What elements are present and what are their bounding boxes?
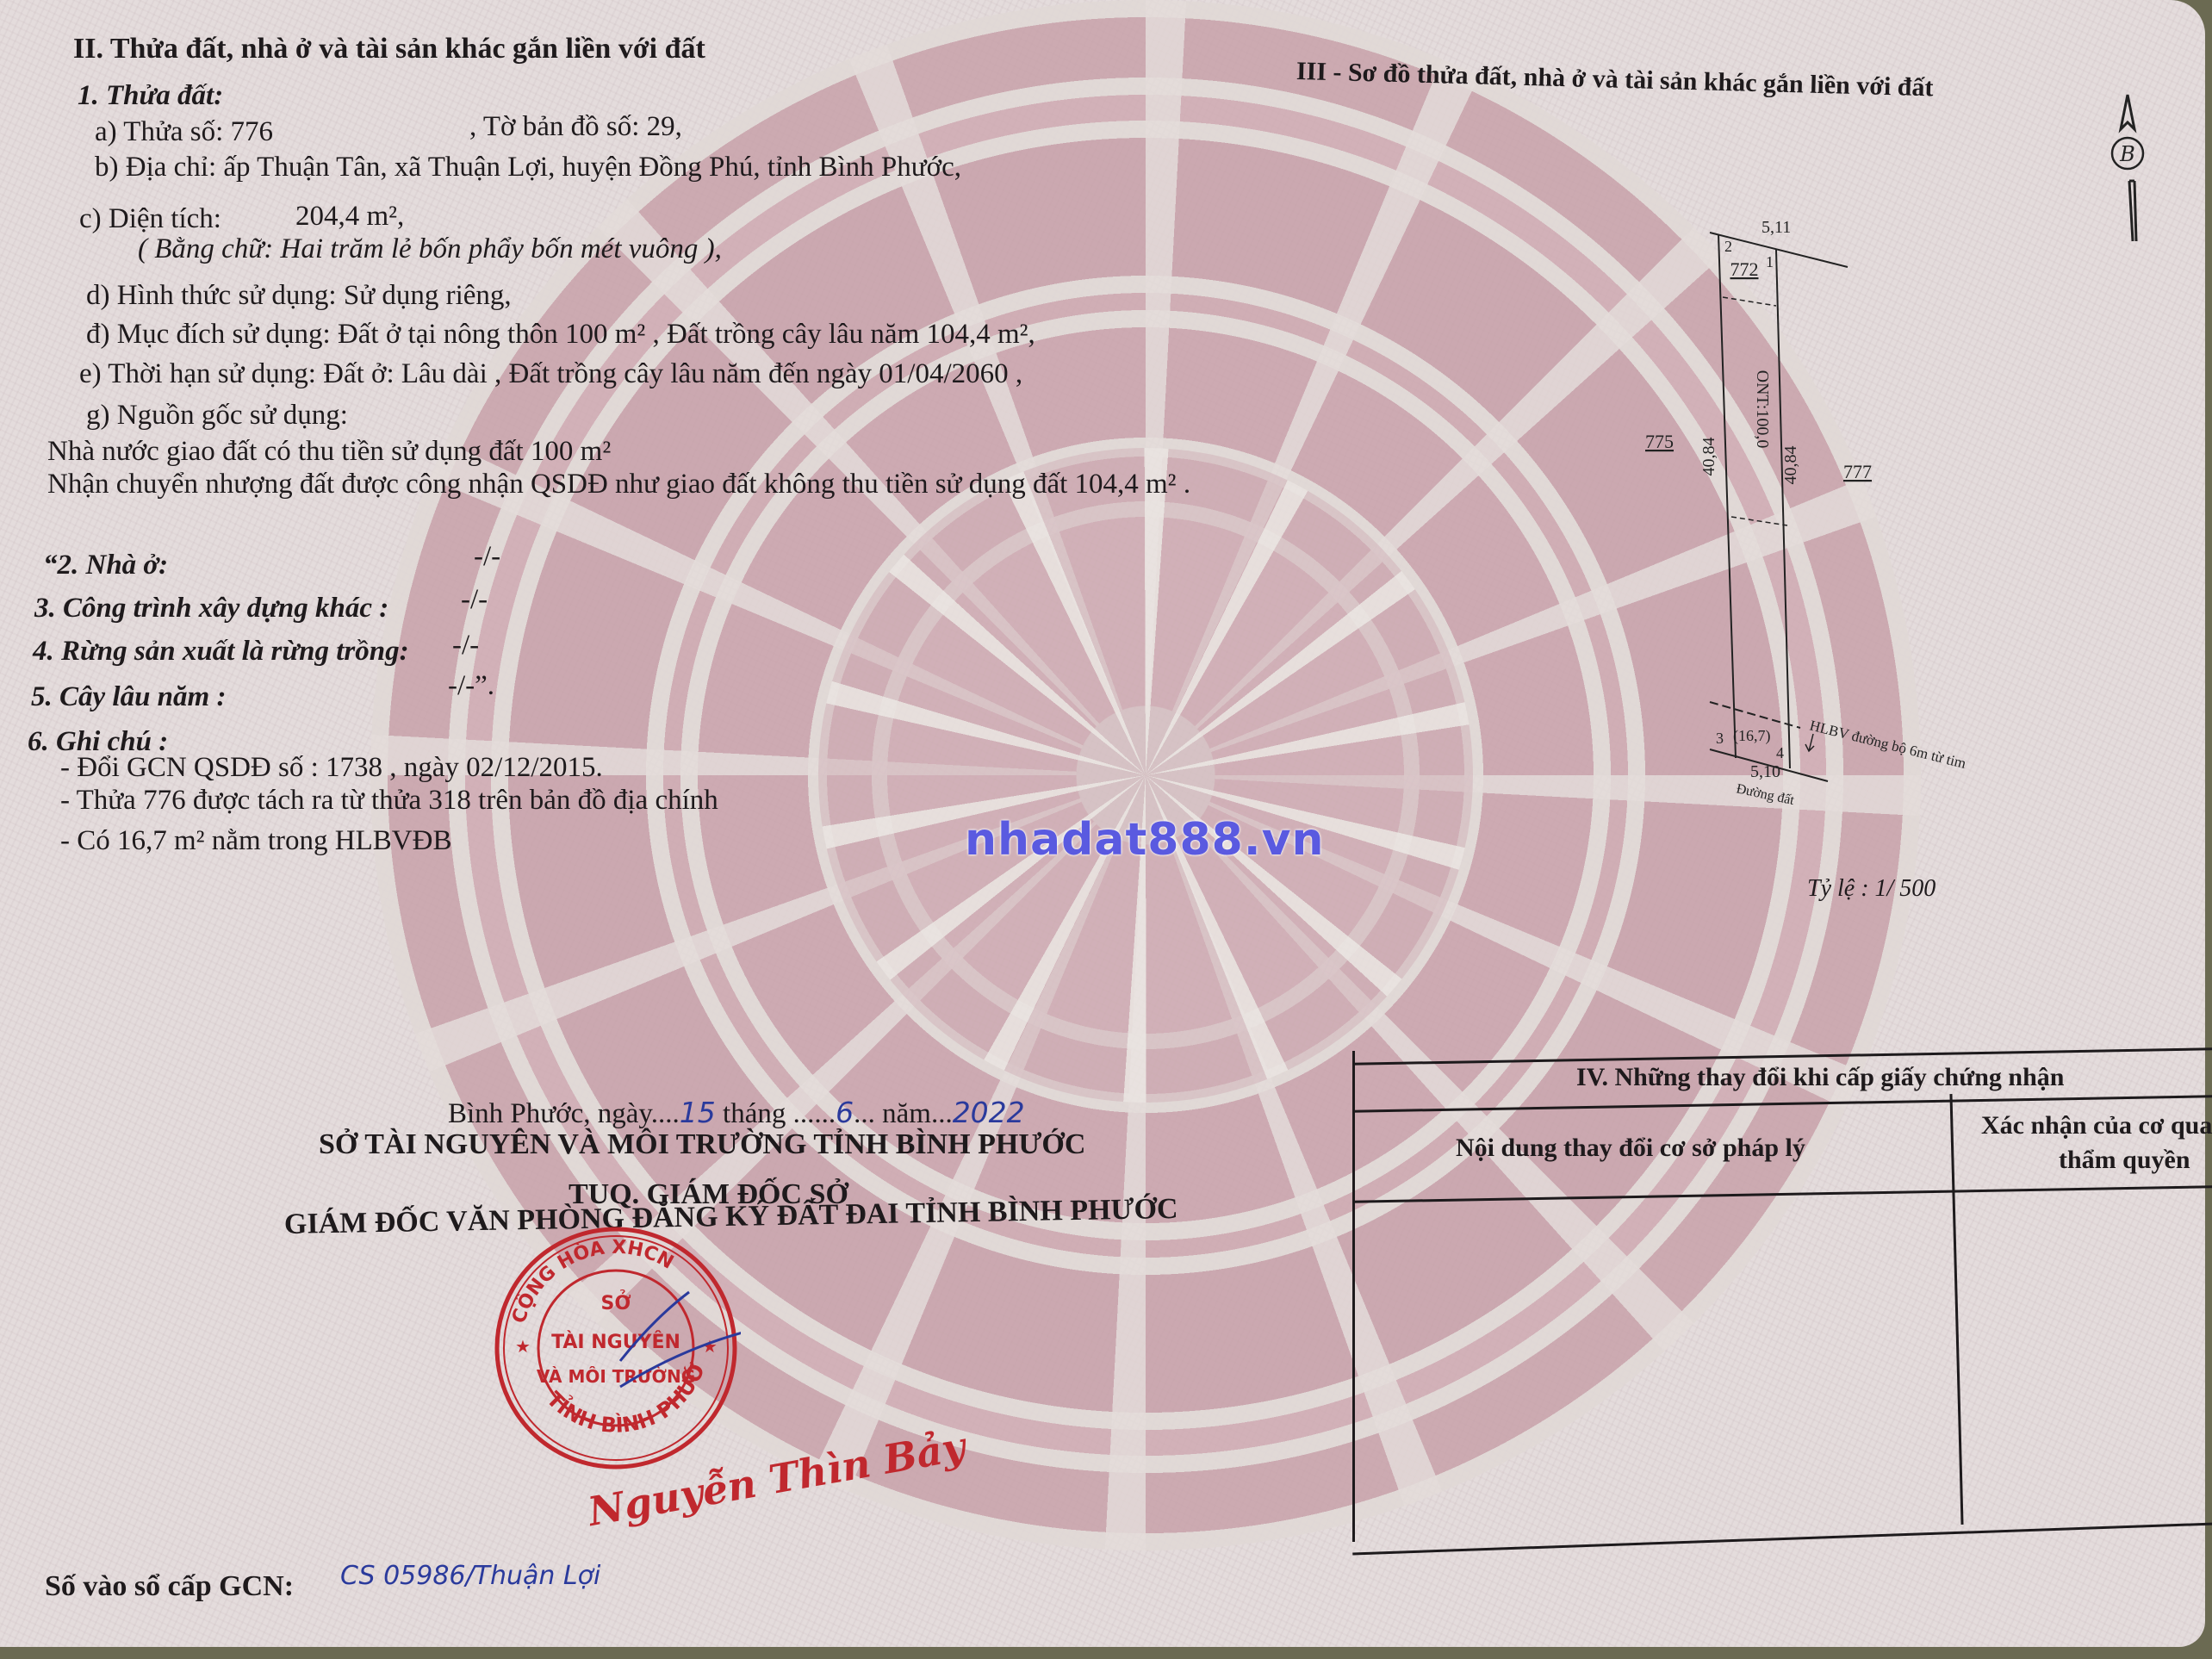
origin-line-1: Nhà nước giao đất có thu tiền sử dụng đấ…	[47, 438, 611, 466]
svg-text:3: 3	[1716, 730, 1724, 747]
svg-text:VÀ MÔI TRƯỜNG: VÀ MÔI TRƯỜNG	[537, 1366, 695, 1387]
section-2-title: II. Thửa đất, nhà ở và tài sản khác gắn …	[73, 34, 705, 64]
svg-text:(16,7): (16,7)	[1733, 727, 1771, 745]
section-4-title: IV. Những thay đổi khi cấp giấy chứng nh…	[1576, 1065, 2064, 1090]
other-construction-label: 3. Công trình xây dựng khác :	[34, 594, 388, 623]
parcel-number: a) Thửa số: 776	[95, 118, 273, 146]
svg-text:HLBV đường bộ 6m từ tim: HLBV đường bộ 6m từ tim	[1808, 717, 1967, 771]
svg-text:CỘNG HÒA XHCN: CỘNG HÒA XHCN	[508, 1237, 677, 1327]
handwritten-day: 15	[680, 1096, 716, 1129]
svg-text:B: B	[2119, 142, 2135, 166]
registry-number: CS 05986/Thuận Lợi	[340, 1563, 600, 1589]
registry-label: Số vào sổ cấp GCN:	[45, 1572, 294, 1601]
origin-label: g) Nguồn gốc sử dụng:	[86, 401, 348, 430]
svg-text:1: 1	[1766, 253, 1774, 270]
svg-text:5,10: 5,10	[1750, 762, 1780, 781]
svg-text:Đường đất: Đường đất	[1735, 781, 1796, 808]
note-line: - Có 16,7 m² nằm trong HLBVĐB	[60, 827, 451, 855]
perennial-trees-value: -/-”.	[448, 672, 494, 700]
handwritten-month: 6	[836, 1096, 854, 1129]
area-value: 204,4 m²,	[295, 202, 404, 231]
origin-line-2: Nhận chuyển nhượng đất được công nhận QS…	[47, 470, 1190, 499]
note-line: - Đổi GCN QSDĐ số : 1738 , ngày 02/12/20…	[60, 754, 603, 782]
usage-form: d) Hình thức sử dụng: Sử dụng riêng,	[86, 282, 512, 310]
map-scale: Tỷ lệ : 1/ 500	[1807, 877, 1935, 901]
parcel-diagram: 772 5,11 2 1 775 777 40,84 40,84 ONT:100…	[1550, 155, 2067, 810]
area-in-words: ( Bằng chữ: Hai trăm lẻ bốn phẩy bốn mét…	[138, 235, 722, 264]
issuing-agency: SỞ TÀI NGUYÊN VÀ MÔI TRƯỜNG TỈNH BÌNH PH…	[319, 1130, 1085, 1159]
other-construction-value: -/-	[461, 586, 488, 614]
handwritten-year: 2022	[953, 1096, 1025, 1129]
column-header-authority: thẩm quyền	[2059, 1147, 2190, 1173]
usage-purpose: đ) Mục đích sử dụng: Đất ở tại nông thôn…	[86, 320, 1035, 349]
svg-text:2: 2	[1724, 238, 1732, 255]
house-label: “2. Nhà ở:	[43, 551, 168, 580]
svg-text:777: 777	[1843, 461, 1872, 482]
svg-text:775: 775	[1645, 431, 1674, 452]
usage-term: e) Thời hạn sử dụng: Đất ở: Lâu dài , Đấ…	[79, 360, 1022, 388]
land-heading: 1. Thửa đất:	[78, 82, 223, 110]
svg-text:5,11: 5,11	[1762, 218, 1791, 237]
place-date: Bình Phước, ngày....15 tháng ......6... …	[448, 1098, 1025, 1128]
production-forest-value: -/-	[452, 631, 479, 660]
production-forest-label: 4. Rừng sản xuất là rừng trồng:	[33, 637, 409, 666]
svg-text:★: ★	[515, 1338, 531, 1357]
house-value: -/-	[474, 543, 500, 571]
column-header-changes: Nội dung thay đổi cơ sở pháp lý	[1456, 1135, 1805, 1161]
svg-text:40,84: 40,84	[1699, 438, 1718, 476]
svg-text:SỞ: SỞ	[600, 1290, 631, 1314]
svg-text:4: 4	[1776, 744, 1784, 761]
drum-star-pattern	[818, 448, 1473, 1103]
area-label: c) Diện tích:	[79, 205, 221, 233]
svg-text:ONT:100,0: ONT:100,0	[1753, 370, 1772, 449]
map-sheet-number: , Tờ bản đồ số: 29,	[469, 113, 682, 141]
changes-table: IV. Những thay đổi khi cấp giấy chứng nh…	[1352, 1051, 2212, 1542]
column-header-confirmation: Xác nhận của cơ quan	[1981, 1113, 2212, 1139]
svg-text:772: 772	[1730, 258, 1759, 280]
svg-text:40,84: 40,84	[1781, 446, 1800, 485]
perennial-trees-label: 5. Cây lâu năm :	[31, 683, 226, 711]
certificate-page: II. Thửa đất, nhà ở và tài sản khác gắn …	[0, 0, 2205, 1647]
north-arrow-icon: B	[2102, 86, 2153, 258]
note-line: - Thửa 776 được tách ra từ thửa 318 trên…	[60, 786, 718, 815]
address: b) Địa chỉ: ấp Thuận Tân, xã Thuận Lợi, …	[95, 153, 961, 182]
svg-text:TÀI NGUYÊN: TÀI NGUYÊN	[551, 1331, 680, 1353]
official-stamp: CỘNG HÒA XHCN TỈNH BÌNH PHƯỚC SỞ TÀI NGU…	[491, 1223, 741, 1473]
watermark-logo: nhadat888.vn	[965, 814, 1325, 866]
